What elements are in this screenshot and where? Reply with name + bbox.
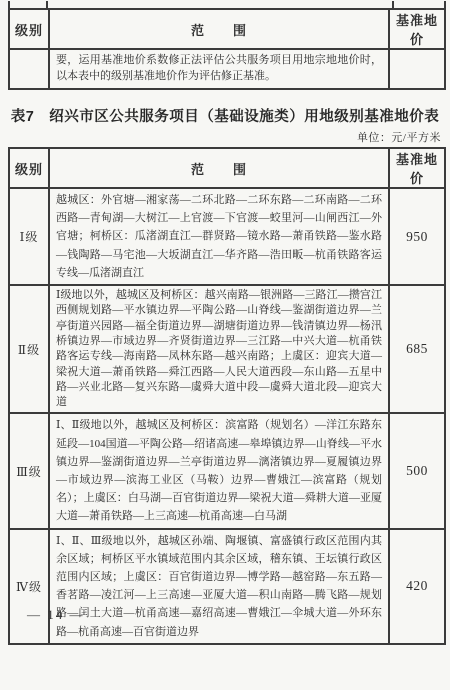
top-table: 级别 范 围 基准地价 要，运用基准地价系数修正法评估公共服务项目用地宗地地价时… [8,8,446,90]
page-number: — 14 — [27,607,85,623]
header-cell-price: 基准地价 [389,9,445,49]
range-text: 越城区：外官塘—湘家荡—二环北路—二环东路—二环南路—二环西路—青甸湖—大树江—… [49,188,389,285]
price-value: 685 [389,285,445,413]
unit-label: 单位：元/平方米 [357,129,441,145]
level-label: Ⅳ级 [9,529,49,644]
header-cell-level: 级别 [9,148,49,188]
table-row: Ⅰ级 越城区：外官塘—湘家荡—二环北路—二环东路—二环南路—二环西路—青甸湖—大… [9,188,445,285]
level-label: Ⅲ级 [9,413,49,528]
main-table: 级别 范 围 基准地价 Ⅰ级 越城区：外官塘—湘家荡—二环北路—二环东路—二环南… [8,147,446,645]
price-value: 500 [389,413,445,528]
table-row: Ⅲ级 Ⅰ、Ⅱ级地以外，越城区及柯桥区：滨富路（规划名）—洋江东路东延段—104国… [9,413,445,528]
price-value: 950 [389,188,445,285]
continuation-row: 要，运用基准地价系数修正法评估公共服务项目用地宗地地价时，以本表中的级别基准地价… [9,49,445,89]
price-value: 420 [389,529,445,644]
main-table-header-row: 级别 范 围 基准地价 [9,148,445,188]
range-text: 要，运用基准地价系数修正法评估公共服务项目用地宗地地价时，以本表中的级别基准地价… [49,49,389,89]
range-text: Ⅰ、Ⅱ级地以外，越城区及柯桥区：滨富路（规划名）—洋江东路东延段—104国道—平… [49,413,389,528]
document-page: 级别 范 围 基准地价 要，运用基准地价系数修正法评估公共服务项目用地宗地地价时… [0,0,450,690]
header-cell-price: 基准地价 [389,148,445,188]
range-text: Ⅰ级地以外，越城区及柯桥区：越兴南路—银洲路—三路江—攒宫江西侧规划路—平水镇边… [49,285,389,413]
price-value [389,49,445,89]
table-title: 表7 绍兴市区公共服务项目（基础设施类）用地级别基准地价表 [0,105,450,126]
header-cell-level: 级别 [9,9,49,49]
top-table-header-row: 级别 范 围 基准地价 [9,9,445,49]
range-text: Ⅰ、Ⅱ、Ⅲ级地以外，越城区孙端、陶堰镇、富盛镇行政区范围内其余区域；柯桥区平水镇… [49,529,389,644]
level-label: Ⅰ级 [9,188,49,285]
table-row: Ⅱ级 Ⅰ级地以外，越城区及柯桥区：越兴南路—银洲路—三路江—攒宫江西侧规划路—平… [9,285,445,413]
level-cell [9,49,49,89]
header-cell-range: 范 围 [49,9,389,49]
table-row: Ⅳ级 Ⅰ、Ⅱ、Ⅲ级地以外，越城区孙端、陶堰镇、富盛镇行政区范围内其余区域；柯桥区… [9,529,445,644]
table-cutoff-stub [8,1,446,8]
level-label: Ⅱ级 [9,285,49,413]
header-cell-range: 范 围 [49,148,389,188]
